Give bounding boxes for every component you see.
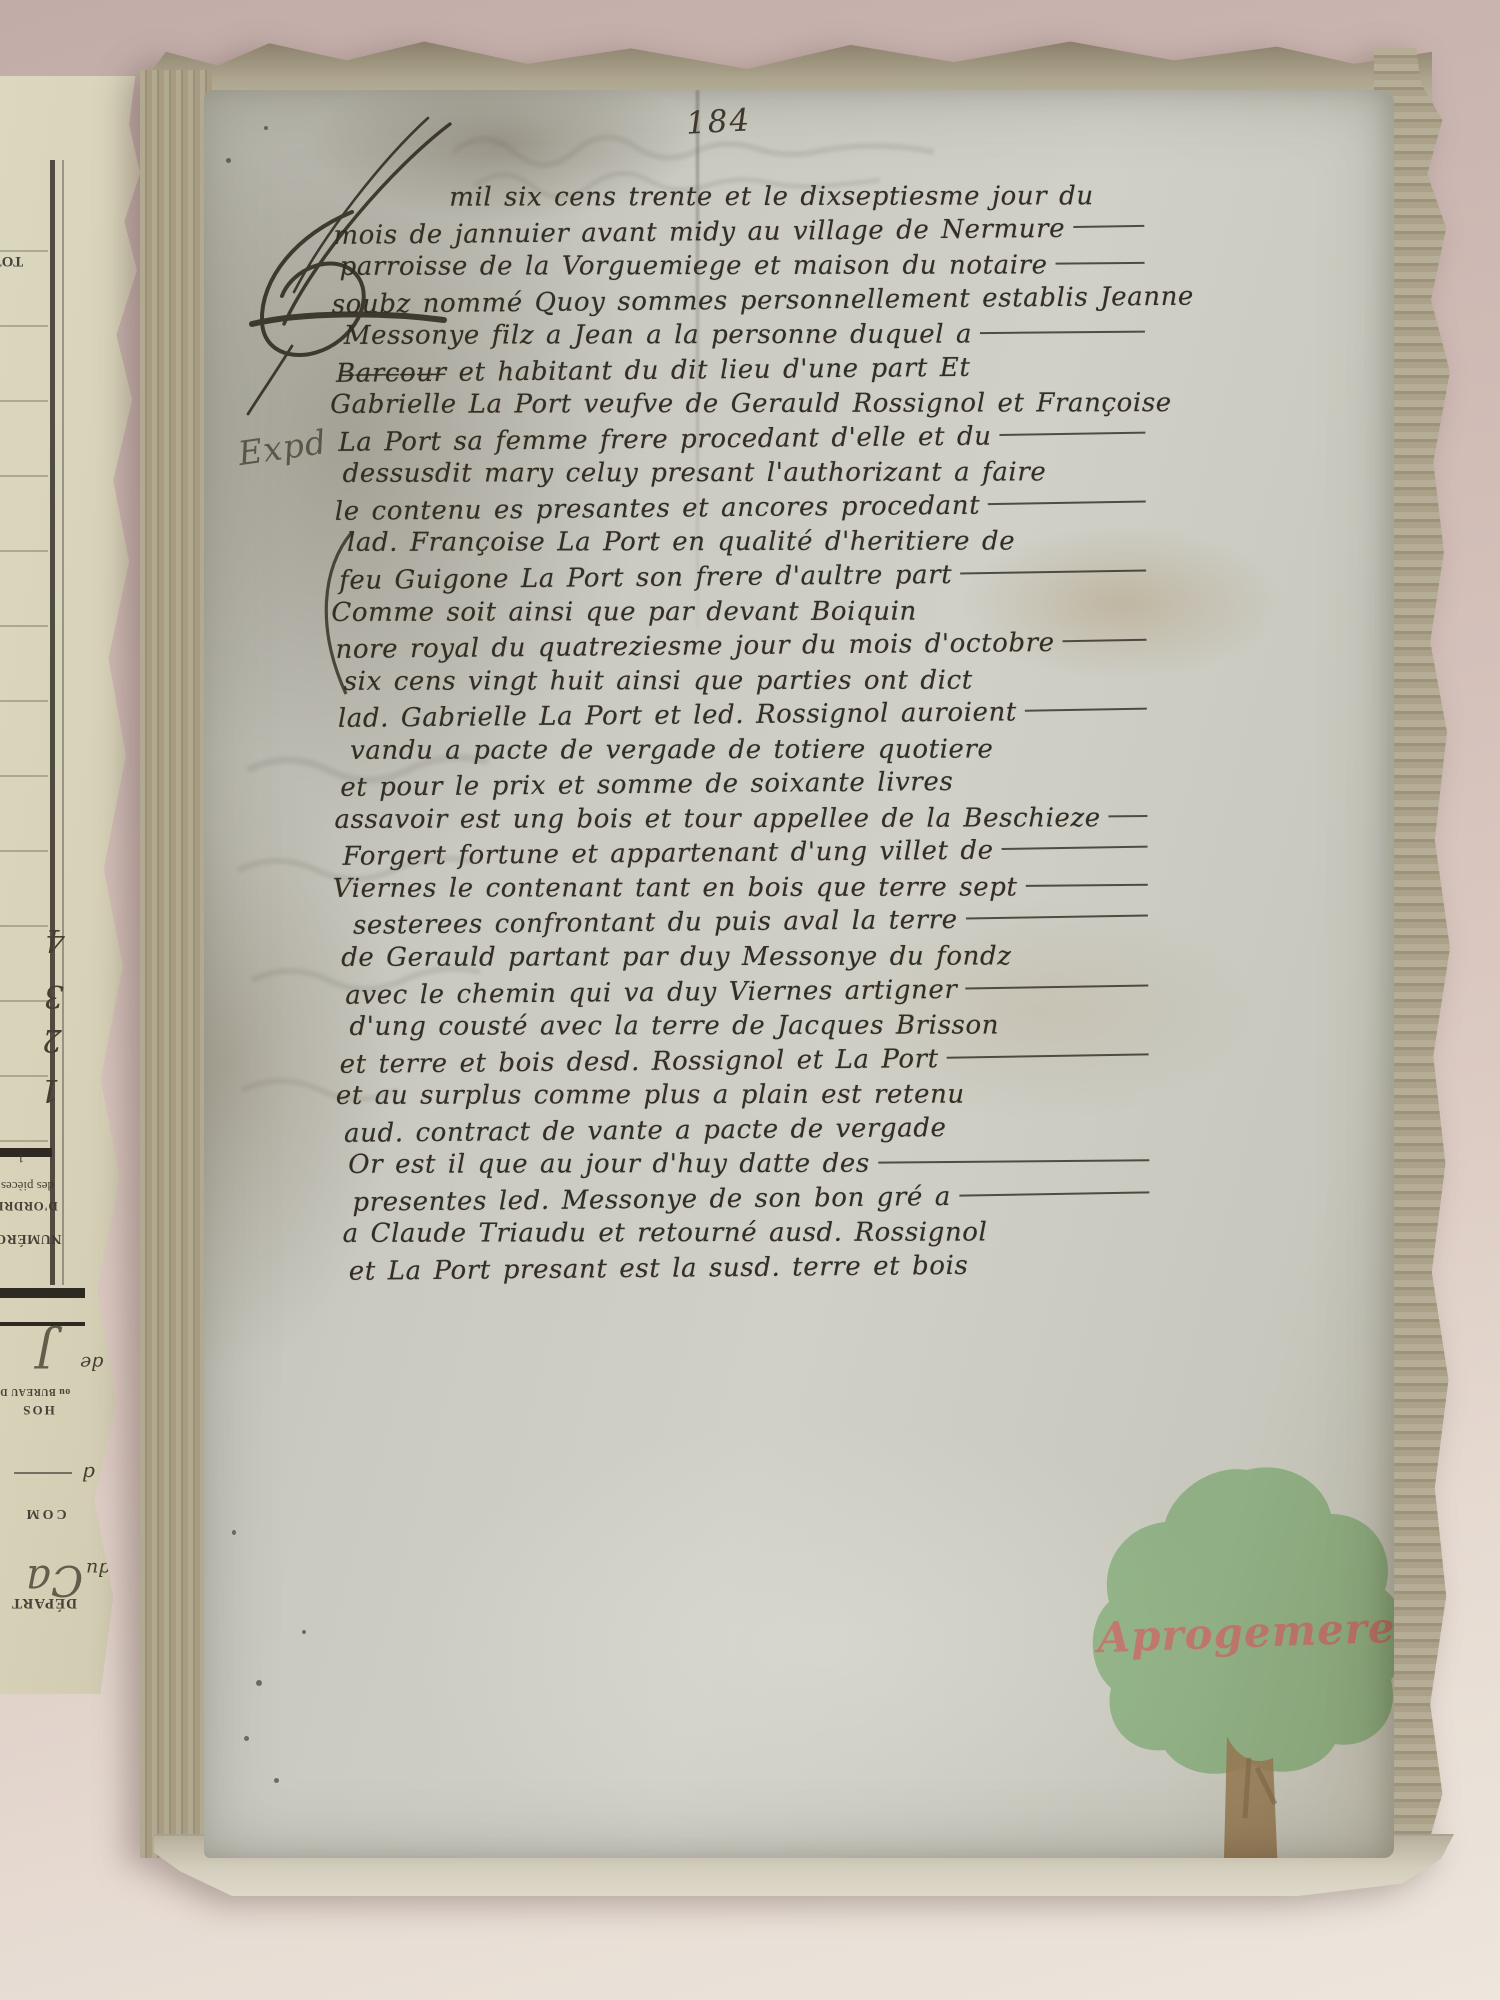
line-filler-stroke (980, 512, 1149, 514)
manuscript-line-text: assavoir est ung bois et tour appellee d… (334, 803, 1100, 835)
archival-photo: TOTAL GÉNÉR TOTAL 4 3 2 1 1 des pièces D… (0, 0, 1500, 2000)
manuscript-line: La Port sa femme frere procedant d'elle … (330, 420, 1148, 462)
form-column-header-numeros: NUMÉROS (0, 1230, 83, 1246)
line-filler-stroke (958, 927, 1151, 929)
form-ruled-line (0, 1140, 48, 1142)
manuscript-line: Comme soit ainsi que par devant Boiquin (331, 596, 1149, 632)
line-filler-stroke (994, 857, 1151, 859)
form-row-number: 3 (44, 978, 64, 1014)
form-border-line-thin (62, 160, 64, 1285)
form-border-line-thick (50, 160, 55, 1285)
manuscript-line: et terre et bois desd. Rossignol et La P… (334, 1042, 1152, 1084)
form-hos-label: HOS (8, 1402, 68, 1418)
manuscript-line: Messonye filz a Jean a la personne duque… (330, 319, 1148, 355)
manuscript-line-text: six cens vingt huit ainsi que parties on… (344, 665, 973, 696)
form-ruled-line (0, 475, 48, 477)
form-ruled-line (0, 400, 48, 402)
manuscript-line-text: Messonye filz a Jean a la personne duque… (344, 320, 972, 351)
form-total-label: TOTAL (0, 252, 50, 269)
manuscript-line: mois de jannuier avant midy au village d… (329, 213, 1147, 255)
manuscript-line: lad. Gabrielle La Port et led. Rossignol… (332, 696, 1150, 738)
manuscript-line-text: nore royal du quatreziesme jour du mois … (335, 628, 1054, 665)
form-com-label: COM (10, 1505, 80, 1521)
manuscript-line-text: La Port sa femme frere procedant d'elle … (338, 421, 991, 457)
margin-note: Expd (236, 422, 330, 473)
manuscript-line-text: Forgert fortune et appartenant d'ung vil… (342, 836, 993, 872)
wormhole (226, 158, 231, 163)
manuscript-line: Viernes le contenant tant en bois que te… (333, 872, 1151, 908)
form-row-number: 4 (45, 922, 65, 958)
form-row-number: 2 (42, 1022, 62, 1058)
manuscript-line-text: d'ung cousté avec la terre de Jacques Br… (350, 1011, 1000, 1042)
manuscript-line: lad. Françoise La Port en qualité d'heri… (331, 527, 1149, 563)
line-filler-stroke (992, 443, 1149, 445)
form-d-rule (14, 1472, 72, 1474)
line-filler-stroke (952, 581, 1149, 583)
form-column-header-ordre: D'ORDRE (0, 1198, 82, 1214)
manuscript-line: dessusdit mary celuy presant l'authoriza… (331, 458, 1149, 494)
manuscript-line: Gabrielle La Port veufve de Gerauld Ross… (330, 388, 1148, 424)
aprogemere-watermark: Aprogemere (1079, 1458, 1394, 1858)
printed-register-page: TOTAL GÉNÉR TOTAL 4 3 2 1 1 des pièces D… (0, 76, 148, 1694)
manuscript-line-text: B̶a̶r̶c̶o̶u̶r̶ et habitant du dit lieu d… (336, 353, 971, 389)
line-filler-stroke (939, 1065, 1152, 1067)
manuscript-line: a Claude Triaudu et retourné ausd. Rossi… (335, 1218, 1153, 1254)
manuscript-line-text: dessusdit mary celuy presant l'authoriza… (343, 458, 1047, 489)
manuscript-line-text: lad. Gabrielle La Port et led. Rossignol… (338, 698, 1017, 735)
manuscript-stack: 184 Expd mil six cens trente et le dixse… (140, 26, 1450, 1900)
form-ruled-line (0, 625, 48, 627)
manuscript-line-text: et au surplus comme plus a plain est ret… (336, 1080, 965, 1111)
manuscript-line: d'ung cousté avec la terre de Jacques Br… (334, 1010, 1152, 1046)
manuscript-line-text: avec le chemin qui va duy Viernes artign… (345, 975, 957, 1011)
manuscript-line: nore royal du quatreziesme jour du mois … (331, 627, 1149, 669)
form-bureau-label: ou BUREAU D (0, 1386, 95, 1397)
manuscript-line: le contenu es presantes et ancores proce… (331, 489, 1149, 531)
manuscript-line: soubz nommé Quoy sommes personnellement … (330, 282, 1148, 324)
manuscript-line-text: parroisse de la Vorguemiege et maison du… (340, 250, 1048, 281)
manuscript-line: et La Port presant est la susd. terre et… (335, 1249, 1153, 1291)
manuscript-line-text: soubz nommé Quoy sommes personnellement … (332, 281, 1195, 319)
manuscript-line: et au surplus comme plus a plain est ret… (334, 1079, 1152, 1115)
handwriting-block: mil six cens trente et le dixseptiesme j… (329, 180, 1153, 1290)
manuscript-line: aud. contract de vante a pacte de vergad… (334, 1111, 1152, 1153)
manuscript-line: vandu a pacte de vergade de totiere quot… (332, 734, 1150, 770)
manuscript-line: B̶a̶r̶c̶o̶u̶r̶ et habitant du dit lieu d… (330, 351, 1148, 393)
manuscript-line-text: mil six cens trente et le dixseptiesme j… (449, 181, 1094, 212)
form-d-label: d (82, 1462, 95, 1486)
form-ruled-line (0, 850, 48, 852)
manuscript-line-text: vandu a pacte de vergade de totiere quot… (350, 734, 993, 765)
manuscript-line: assavoir est ung bois et tour appellee d… (332, 803, 1150, 839)
form-handwritten-initial: J (36, 1324, 54, 1378)
wormhole (232, 1530, 236, 1535)
manuscript-line-text: feu Guigone La Port son frere d'aultre p… (339, 560, 952, 596)
form-ruled-line (0, 925, 48, 927)
line-filler-stroke (1017, 719, 1150, 720)
form-de-label: de (80, 1352, 103, 1374)
manuscript-line: feu Guigone La Port son frere d'aultre p… (331, 558, 1149, 600)
manuscript-line-text: lad. Françoise La Port en qualité d'heri… (347, 527, 1015, 558)
form-column-number: 1 (6, 1150, 36, 1166)
manuscript-line-text: de Gerauld partant par duy Messonye du f… (341, 941, 1011, 972)
wormhole (264, 126, 268, 130)
manuscript-line: de Gerauld partant par duy Messonye du f… (333, 941, 1151, 977)
form-ruled-line (0, 550, 48, 552)
wormhole (256, 1680, 262, 1686)
form-row-number: 1 (40, 1072, 60, 1108)
manuscript-line: parroisse de la Vorguemiege et maison du… (330, 250, 1148, 286)
form-ruled-line (0, 1000, 48, 1002)
wormhole (274, 1778, 279, 1783)
manuscript-line-text: le contenu es presantes et ancores proce… (335, 491, 981, 527)
line-filler-stroke (951, 1203, 1152, 1205)
manuscript-line: avec le chemin qui va duy Viernes artign… (333, 973, 1151, 1015)
manuscript-line: Or est il que au jour d'huy datte des (334, 1148, 1152, 1184)
manuscript-line: presentes led. Messonye de son bon gré a (334, 1180, 1152, 1222)
manuscript-line: et pour le prix et somme de soixante liv… (332, 765, 1150, 807)
form-ruled-line (0, 700, 48, 702)
form-ruled-line (0, 325, 48, 327)
manuscript-line-text: a Claude Triaudu et retourné ausd. Rossi… (343, 1218, 988, 1249)
manuscript-line-text: et pour le prix et somme de soixante liv… (340, 767, 953, 803)
manuscript-line-text: Or est il que au jour d'huy datte des (348, 1149, 870, 1180)
manuscript-line: sesterees confrontant du puis aval la te… (333, 904, 1151, 946)
wormhole (244, 1736, 249, 1741)
manuscript-folio: 184 Expd mil six cens trente et le dixse… (204, 90, 1394, 1858)
page-edges-left (140, 70, 212, 1858)
form-ruled-line (0, 775, 48, 777)
manuscript-line-text: presentes led. Messonye de son bon gré a (352, 1182, 951, 1218)
line-filler-stroke (870, 1171, 1152, 1172)
manuscript-line-text: et La Port presant est la susd. terre et… (349, 1251, 969, 1287)
form-header-bar (0, 1288, 85, 1298)
manuscript-line-text: mois de jannuier avant midy au village d… (333, 213, 1065, 250)
wormhole (302, 1630, 306, 1634)
folio-number: 184 (685, 102, 752, 141)
form-total-general-label: TOTAL GÉNÉR (0, 180, 55, 198)
form-du-label: du (86, 1558, 110, 1580)
line-filler-stroke (1065, 236, 1147, 237)
manuscript-line-text: Comme soit ainsi que par devant Boiquin (331, 596, 917, 627)
manuscript-line: mil six cens trente et le dixseptiesme j… (329, 181, 1147, 217)
manuscript-line: Forgert fortune et appartenant d'ung vil… (332, 834, 1150, 876)
manuscript-line-text: sesterees confrontant du puis aval la te… (353, 905, 958, 941)
line-filler-stroke (1055, 650, 1150, 651)
manuscript-line: six cens vingt huit ainsi que parties on… (332, 665, 1150, 701)
line-filler-stroke (957, 996, 1151, 998)
manuscript-line-text: aud. contract de vante a pacte de vergad… (344, 1113, 947, 1149)
manuscript-line-text: et terre et bois desd. Rossignol et La P… (340, 1044, 939, 1080)
form-column-header-pieces: des pièces (0, 1178, 85, 1194)
manuscript-line-text: Gabrielle La Port veufve de Gerauld Ross… (330, 388, 1172, 420)
form-depart-label: DÉPART (0, 1594, 94, 1611)
manuscript-line-text: Viernes le contenant tant en bois que te… (333, 872, 1018, 903)
